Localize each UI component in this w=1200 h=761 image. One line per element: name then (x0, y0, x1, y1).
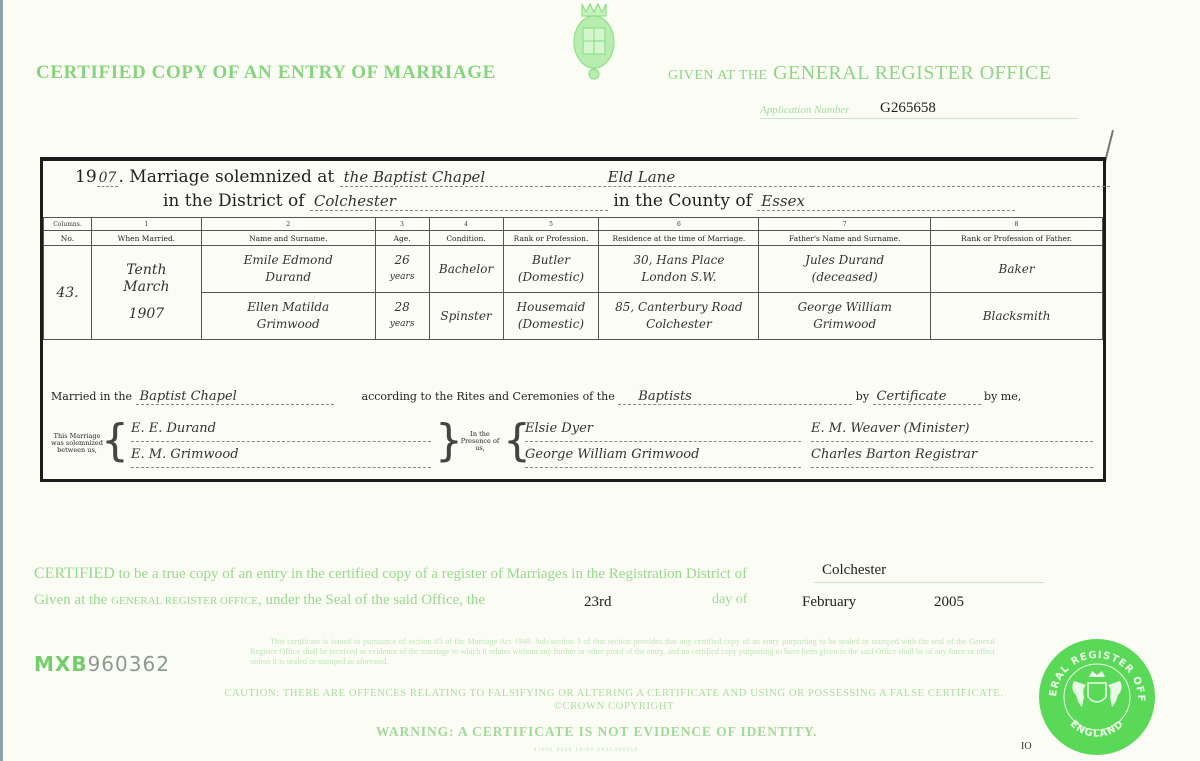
by-value: Certificate (873, 389, 981, 405)
witness-signature: Elsie Dyer (525, 421, 801, 442)
by-label: by (856, 390, 869, 403)
brace-open-icon: { (101, 419, 129, 463)
year-prefix: 19 (75, 167, 97, 187)
serial-number: 960362 (88, 652, 170, 676)
groom-name: Emile EdmondDurand (201, 246, 375, 293)
bride-name: Ellen MatildaGrimwood (201, 293, 375, 340)
column-header: Name and Surname. (201, 231, 375, 246)
groom-residence-line2: London S.W. (599, 269, 758, 286)
registrar-signature: Charles Barton Registrar (811, 447, 1093, 468)
groom-signature: E. E. Durand (131, 421, 431, 442)
application-number-field: Application Number G265658 (760, 96, 1078, 119)
register-entry: 1907. Marriage solemnized at the Baptist… (40, 157, 1106, 482)
seal-text: , under the Seal of the said Office, the (258, 592, 485, 608)
solemnized-street-value: Eld Lane (548, 168, 812, 187)
gro-label: General Register Office (111, 595, 258, 607)
column-header: When Married. (91, 231, 201, 246)
office-title-prefix: Given at the (668, 68, 768, 83)
witness-signature: George William Grimwood (525, 447, 801, 468)
signatures: This Marriage was solemnized between us,… (51, 417, 1101, 471)
column-header: No. (44, 231, 92, 246)
bride-signature: E. M. Grimwood (131, 447, 431, 468)
column-header: Father's Name and Surname. (759, 231, 931, 246)
married-in-value: Baptist Chapel (136, 389, 334, 405)
bride-age-value: 28 (376, 299, 429, 316)
column-number: 7 (759, 218, 931, 231)
column-number: 3 (375, 218, 429, 231)
when-married-day: Tenth (92, 262, 201, 279)
groom-residence: 30, Hans PlaceLondon S.W. (599, 246, 759, 293)
year-handwritten: 07 (97, 170, 119, 187)
column-number: 4 (429, 218, 503, 231)
presence-label: In the Presence of us, (459, 431, 501, 452)
column-header: Rank or Profession of Father. (931, 231, 1103, 246)
identity-warning: WARNING: A CERTIFICATE IS NOT EVIDENCE O… (376, 724, 818, 740)
table-row-groom: 43. Tenth March 1907 Emile EdmondDurand … (44, 246, 1103, 293)
bride-profession-value: Housemaid (504, 299, 599, 316)
bride-profession: Housemaid(Domestic) (503, 293, 599, 340)
when-married: Tenth March 1907 (91, 246, 201, 340)
register-table: Columns. 1 2 3 4 5 6 7 8 No. When Marrie… (43, 217, 1103, 340)
when-married-month: March (92, 279, 201, 296)
office-title-main: GENERAL REGISTER OFFICE (773, 62, 1052, 84)
register-header-line1: 1907. Marriage solemnized at the Baptist… (75, 167, 1110, 187)
bride-profession-note: (Domestic) (504, 316, 599, 333)
by-me-label: by me, (984, 390, 1021, 403)
bride-age: 28years (375, 293, 429, 340)
print-reference: 41098 8286 10/04 SPSL009350 (534, 748, 639, 753)
column-header: Condition. (429, 231, 503, 246)
groom-father-name: Jules Durand(deceased) (759, 246, 931, 293)
when-married-year: 1907 (92, 306, 201, 323)
groom-profession: Butler(Domestic) (503, 246, 599, 293)
certificate-title: CERTIFIED COPY OF AN ENTRY OF MARRIAGE (36, 62, 496, 84)
married-in-line: Married in the Baptist Chapel according … (51, 389, 1101, 405)
certification-month: February (802, 594, 856, 611)
gro-seal-icon: GENERAL REGISTER OFFICE ENGLAND (1036, 637, 1158, 757)
day-of-label: day of (712, 592, 747, 608)
solemnized-label: Marriage solemnized at (129, 167, 334, 187)
bride-father-name: George WilliamGrimwood (759, 293, 931, 340)
solemnized-between-label: This Marriage was solemnized between us, (51, 433, 103, 454)
groom-father-profession: Baker (931, 246, 1103, 293)
groom-age: 26years (375, 246, 429, 293)
column-header: Residence at the time of Marriage. (599, 231, 759, 246)
county-value: Essex (757, 192, 1015, 211)
certification-district: Colchester (814, 562, 1044, 583)
district-label: in the District of (163, 191, 305, 211)
legal-small-print: This certificate is issued in pursuance … (250, 637, 995, 667)
groom-forenames: Emile Edmond (202, 252, 375, 269)
bride-residence: 85, Canterbury RoadColchester (599, 293, 759, 340)
certification-text: to be a true copy of an entry in the cer… (119, 566, 748, 582)
certification-line2: Given at the General Register Office, un… (34, 592, 485, 609)
groom-father-fullname: Jules Durand (759, 252, 930, 269)
bride-condition: Spinster (429, 293, 503, 340)
column-number: 6 (599, 218, 759, 231)
certification-year: 2005 (934, 594, 964, 611)
county-label: in the County of (613, 191, 752, 211)
application-number-label: Application Number (760, 104, 850, 116)
table-row-bride: Ellen MatildaGrimwood 28years Spinster H… (44, 293, 1103, 340)
solemnized-at-value: the Baptist Chapel (340, 168, 548, 187)
bride-residence-line1: 85, Canterbury Road (599, 299, 758, 316)
bride-father-forenames: George William (759, 299, 930, 316)
column-header: Age. (375, 231, 429, 246)
bride-forenames: Ellen Matilda (202, 299, 375, 316)
office-title: Given at the GENERAL REGISTER OFFICE (668, 62, 1052, 85)
certification-day: 23rd (584, 594, 612, 611)
column-header: Rank or Profession. (503, 231, 599, 246)
column-number: 8 (931, 218, 1103, 231)
groom-profession-note: (Domestic) (504, 269, 599, 286)
rites-value: Baptists (618, 389, 852, 405)
rites-label: according to the Rites and Ceremonies of… (362, 390, 615, 403)
groom-condition: Bachelor (429, 246, 503, 293)
certified-label: CERTIFIED (34, 565, 115, 582)
serial-prefix: MXB (34, 652, 88, 676)
bride-surname: Grimwood (202, 316, 375, 333)
column-number-row: Columns. 1 2 3 4 5 6 7 8 (44, 218, 1103, 231)
groom-residence-line1: 30, Hans Place (599, 252, 758, 269)
page-edge (0, 0, 3, 761)
column-header-row: No. When Married. Name and Surname. Age.… (44, 231, 1103, 246)
certificate-serial: MXB960362 (34, 652, 170, 676)
groom-profession-value: Butler (504, 252, 599, 269)
groom-surname: Durand (202, 269, 375, 286)
royal-crest-icon (568, 0, 620, 82)
application-number-value: G265658 (880, 100, 936, 117)
groom-age-value: 26 (376, 252, 429, 269)
bride-age-unit: years (376, 316, 429, 333)
married-in-label: Married in the (51, 390, 132, 403)
column-number: 2 (201, 218, 375, 231)
caution-notice: CAUTION: THERE ARE OFFENCES RELATING TO … (224, 687, 1004, 713)
column-number: 1 (91, 218, 201, 231)
bride-father-profession: Blacksmith (931, 293, 1103, 340)
bride-father-surname: Grimwood (759, 316, 930, 333)
entry-number: 43. (44, 246, 92, 340)
minister-signature: E. M. Weaver (Minister) (811, 421, 1093, 442)
columns-label: Columns. (44, 218, 92, 231)
groom-father-note: (deceased) (759, 269, 930, 286)
register-header-line2: in the District of Colchester in the Cou… (163, 191, 1093, 211)
certification-line1: CERTIFIED to be a true copy of an entry … (34, 565, 747, 583)
bride-residence-line2: Colchester (599, 316, 758, 333)
district-value: Colchester (310, 192, 608, 211)
groom-age-unit: years (376, 269, 429, 286)
column-number: 5 (503, 218, 599, 231)
page-number: IO (1021, 741, 1032, 752)
given-at-label: Given at the (34, 592, 107, 608)
